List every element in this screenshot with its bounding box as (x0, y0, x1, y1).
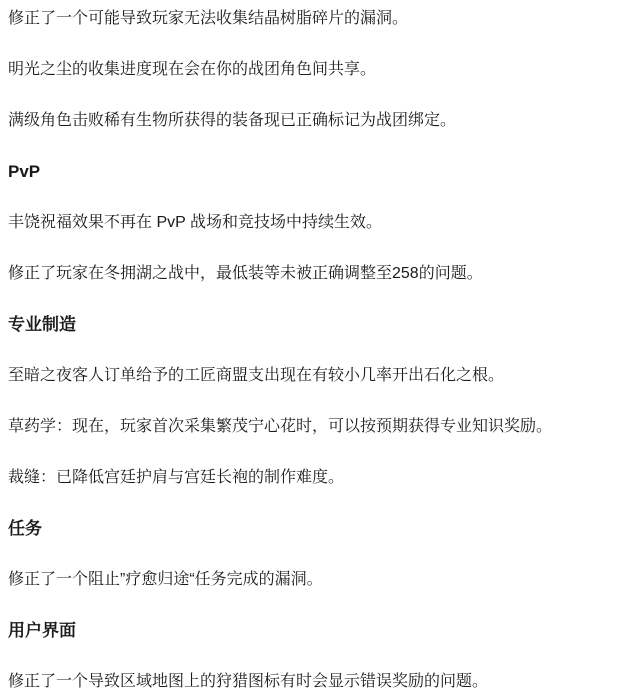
patch-notes-document: 修正了一个可能导致玩家无法收集结晶树脂碎片的漏洞。 明光之尘的收集进度现在会在你… (0, 0, 635, 691)
note-paragraph: 裁缝：已降低宫廷护肩与宫廷长袍的制作难度。 (8, 469, 627, 487)
note-paragraph: 丰饶祝福效果不再在 PvP 战场和竞技场中持续生效。 (8, 214, 627, 232)
note-paragraph: 修正了一个导致区域地图上的狩猎图标有时会显示错误奖励的问题。 (8, 673, 627, 691)
note-paragraph: 明光之尘的收集进度现在会在你的战团角色间共享。 (8, 61, 627, 79)
note-paragraph: 修正了一个可能导致玩家无法收集结晶树脂碎片的漏洞。 (8, 10, 627, 28)
note-paragraph: 至暗之夜客人订单给予的工匠商盟支出现在有较小几率开出石化之根。 (8, 367, 627, 385)
section-heading-quests: 任务 (8, 520, 627, 538)
section-heading-pvp: PvP (8, 163, 627, 181)
note-paragraph: 修正了一个阻止”疗愈归途“任务完成的漏洞。 (8, 571, 627, 589)
note-paragraph: 满级角色击败稀有生物所获得的装备现已正确标记为战团绑定。 (8, 112, 627, 130)
section-heading-professions: 专业制造 (8, 316, 627, 334)
page: { "page": { "background_color": "#ffffff… (0, 0, 635, 696)
note-paragraph: 草药学：现在，玩家首次采集繁茂宁心花时，可以按预期获得专业知识奖励。 (8, 418, 627, 436)
note-paragraph: 修正了玩家在冬拥湖之战中，最低装等未被正确调整至258的问题。 (8, 265, 627, 283)
section-heading-ui: 用户界面 (8, 622, 627, 640)
